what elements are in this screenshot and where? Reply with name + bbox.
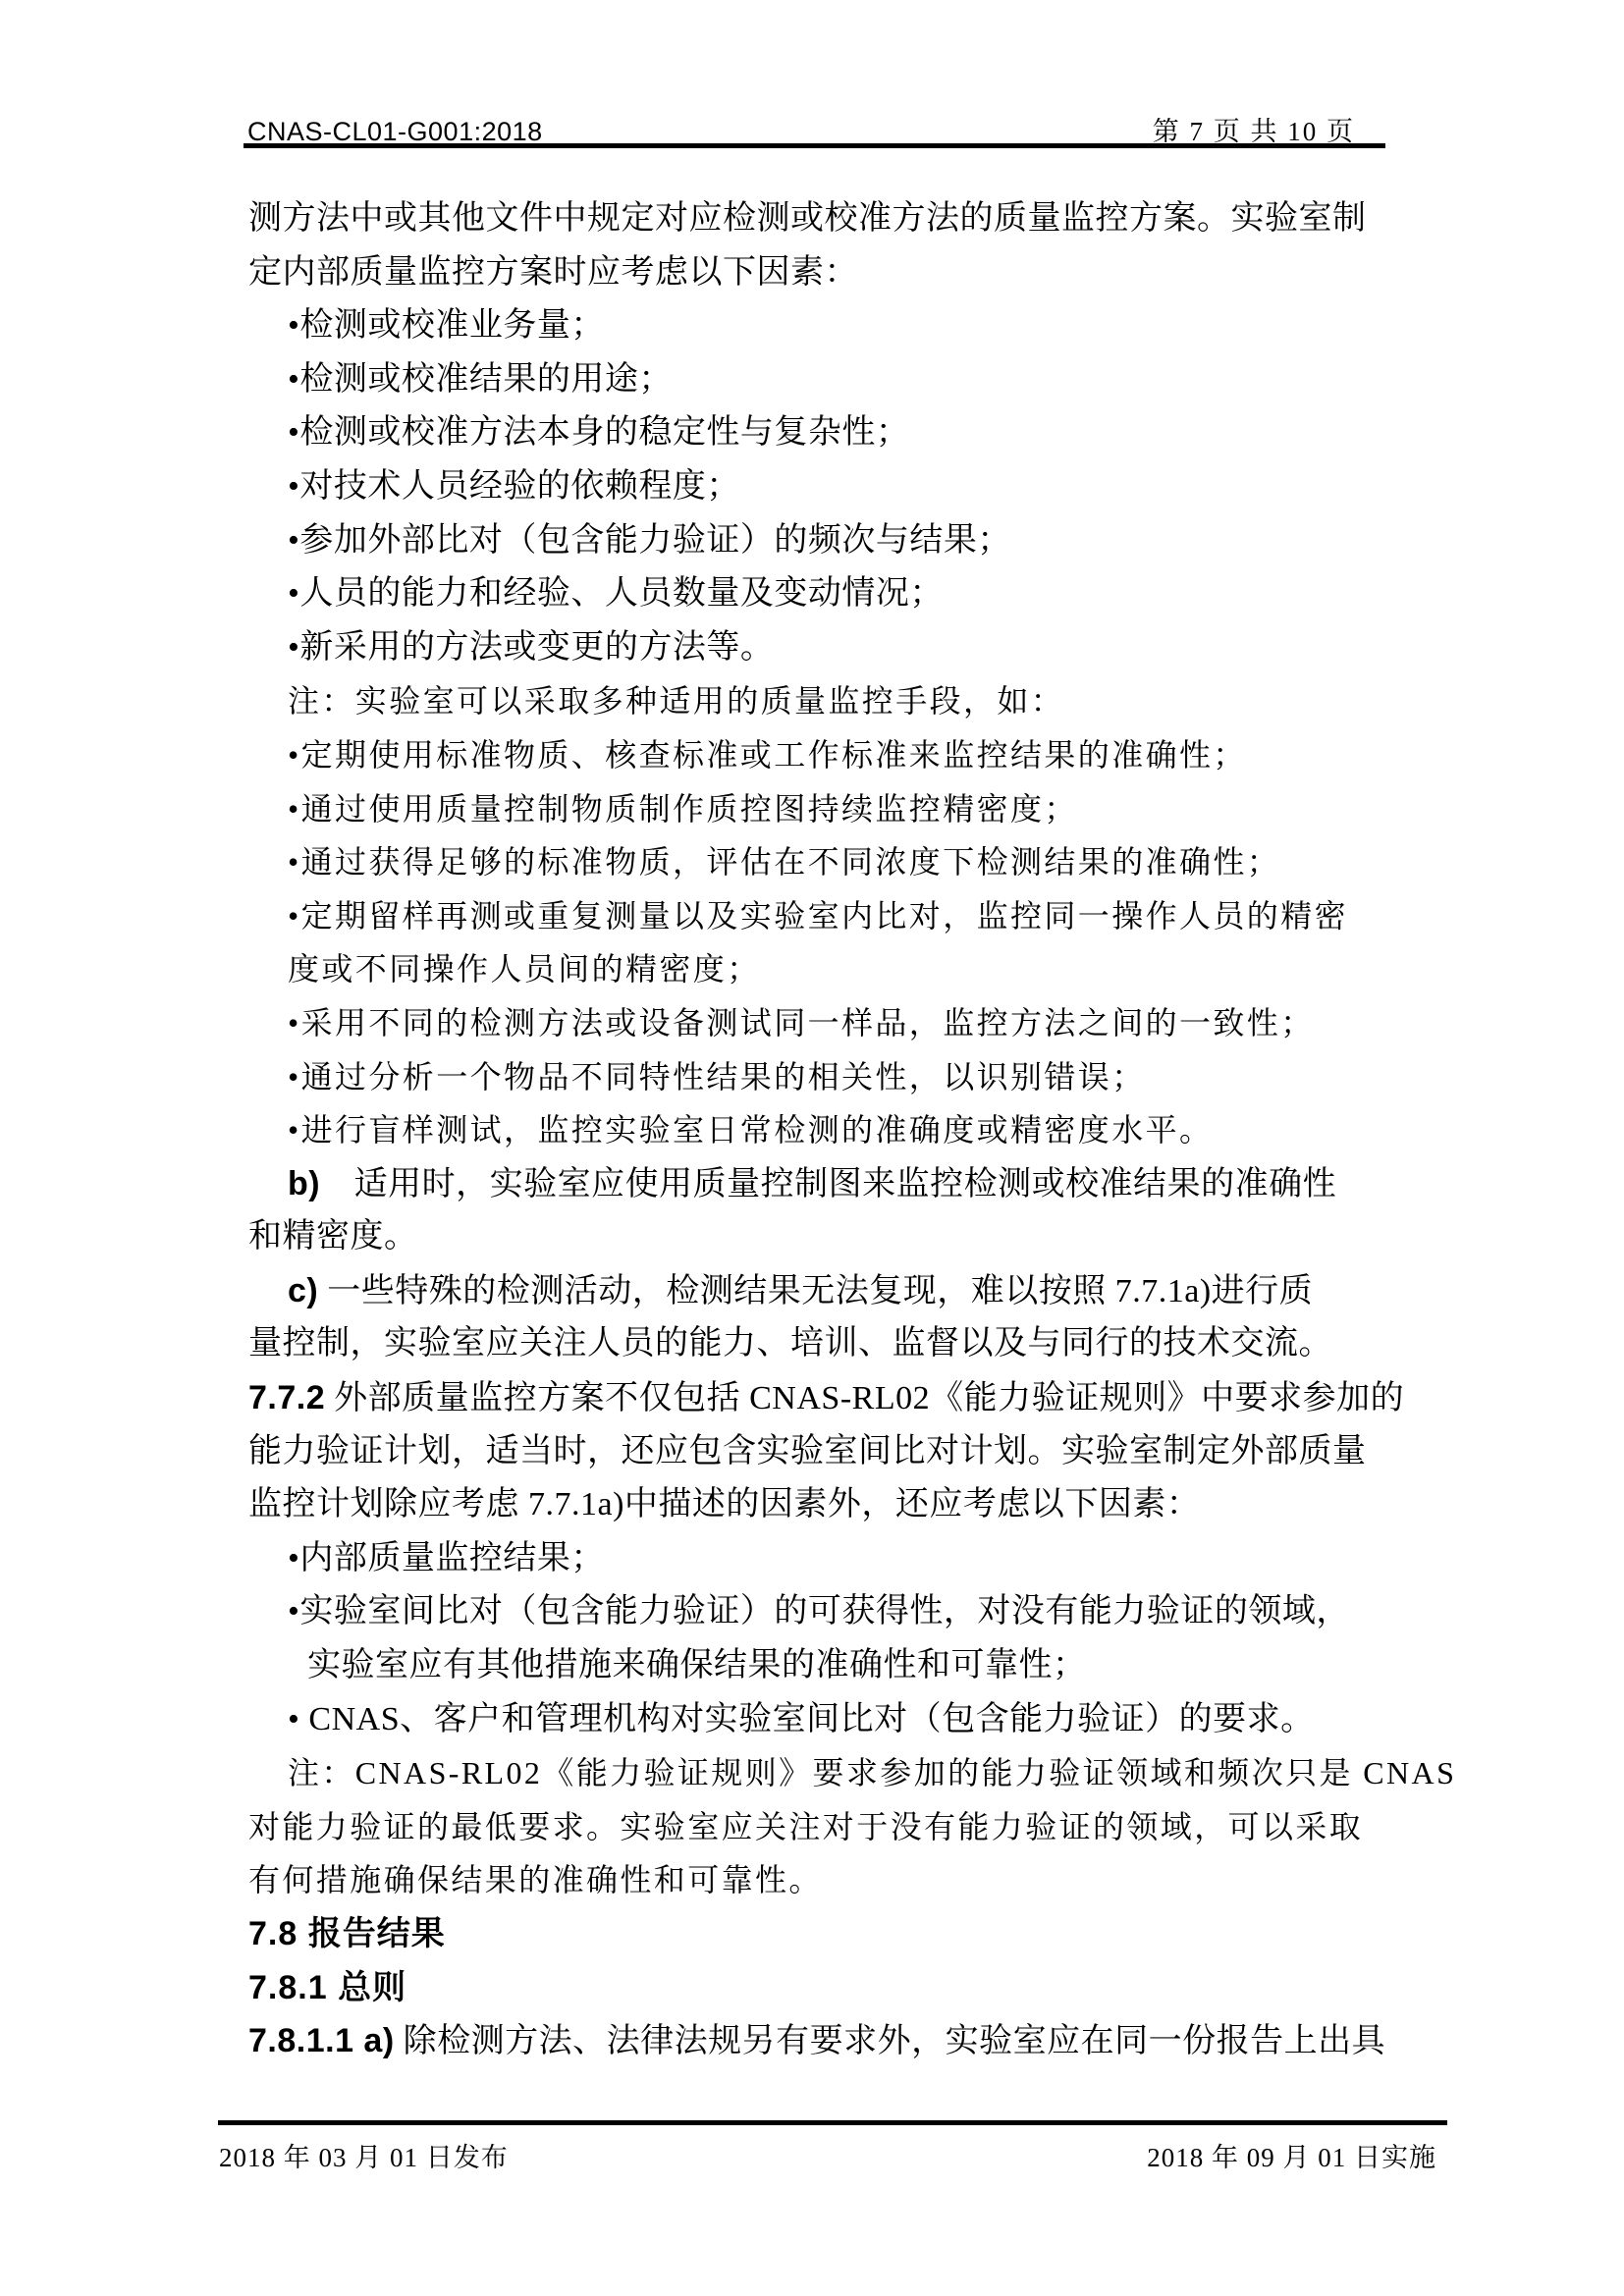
text-line: •通过使用质量控制物质制作质控图持续监控精密度； [248,782,1368,836]
text-line: 有何措施确保结果的准确性和可靠性。 [248,1853,1368,1907]
text-line: •采用不同的检测方法或设备测试同一样品，监控方法之间的一致性； [248,996,1368,1050]
text-line: 7.8.1.1 a) 除检测方法、法律法规另有要求外，实验室应在同一份报告上出具 [248,2014,1368,2068]
text-line: c) 一些特殊的检测活动，检测结果无法复现，难以按照 7.7.1a)进行质 [248,1264,1368,1318]
bold-section-label: 7.8.1.1 a) [248,2022,395,2059]
text-line: 定内部质量监控方案时应考虑以下因素： [248,246,1368,300]
text-line: 监控计划除应考虑 7.7.1a)中描述的因素外，还应考虑以下因素： [248,1478,1368,1532]
text-line: •内部质量监控结果； [248,1532,1368,1586]
text-line: 7.8 报告结果 [248,1907,1368,1961]
bold-section-label: b) [288,1165,320,1202]
text-line: 7.8.1 总则 [248,1961,1368,2015]
text-line: b) 适用时，实验室应使用质量控制图来监控检测或校准结果的准确性 [248,1157,1368,1211]
text-line: •定期留样再测或重复测量以及实验室内比对，监控同一操作人员的精密 [248,889,1368,943]
bold-section-label: c) [288,1272,318,1309]
implement-date: 2018 年 09 月 01 日实施 [1147,2136,1436,2174]
text-line: •实验室间比对（包含能力验证）的可获得性，对没有能力验证的领域， [248,1585,1368,1639]
text-line: •对技术人员经验的依赖程度； [248,460,1368,514]
header-rule [244,143,1385,148]
release-date: 2018 年 03 月 01 日发布 [219,2136,509,2174]
text-line: •新采用的方法或变更的方法等。 [248,621,1368,675]
text-line: 对能力验证的最低要求。实验室应关注对于没有能力验证的领域，可以采取 [248,1800,1368,1854]
page-footer: 2018 年 03 月 01 日发布 2018 年 09 月 01 日实施 [219,2136,1436,2174]
text-line: •检测或校准结果的用途； [248,353,1368,407]
text-line: 注：CNAS-RL02《能力验证规则》要求参加的能力验证领域和频次只是 CNAS [248,1746,1368,1800]
text-line: •参加外部比对（包含能力验证）的频次与结果； [248,514,1368,568]
footer-rule [218,2120,1447,2125]
text-line: •定期使用标准物质、核查标准或工作标准来监控结果的准确性； [248,728,1368,782]
text-line: 能力验证计划，适当时，还应包含实验室间比对计划。实验室制定外部质量 [248,1425,1368,1479]
bold-section-label: 7.7.2 [248,1379,325,1416]
text-line: 度或不同操作人员间的精密度； [248,942,1368,996]
text-line: •通过获得足够的标准物质，评估在不同浓度下检测结果的准确性； [248,835,1368,889]
text-line: •检测或校准业务量； [248,299,1368,353]
text-line: •检测或校准方法本身的稳定性与复杂性； [248,406,1368,460]
text-line: 实验室应有其他措施来确保结果的准确性和可靠性； [248,1639,1368,1693]
text-line: •进行盲样测试，监控实验室日常检测的准确度或精密度水平。 [248,1103,1368,1157]
text-line: •通过分析一个物品不同特性结果的相关性，以识别错误； [248,1050,1368,1104]
text-line: •人员的能力和经验、人员数量及变动情况； [248,567,1368,621]
text-line: 测方法中或其他文件中规定对应检测或校准方法的质量监控方案。实验室制 [248,192,1368,246]
text-line: 注：实验室可以采取多种适用的质量监控手段，如： [248,674,1368,728]
text-line: 量控制，实验室应关注人员的能力、培训、监督以及与同行的技术交流。 [248,1317,1368,1371]
document-page: CNAS-CL01-G001:2018 第 7 页 共 10 页 测方法中或其他… [0,0,1624,2296]
document-body: 测方法中或其他文件中规定对应检测或校准方法的质量监控方案。实验室制定内部质量监控… [248,192,1368,2068]
text-line: 和精密度。 [248,1210,1368,1264]
text-line: • CNAS、客户和管理机构对实验室间比对（包含能力验证）的要求。 [248,1693,1368,1747]
text-line: 7.7.2 外部质量监控方案不仅包括 CNAS-RL02《能力验证规则》中要求参… [248,1371,1368,1425]
